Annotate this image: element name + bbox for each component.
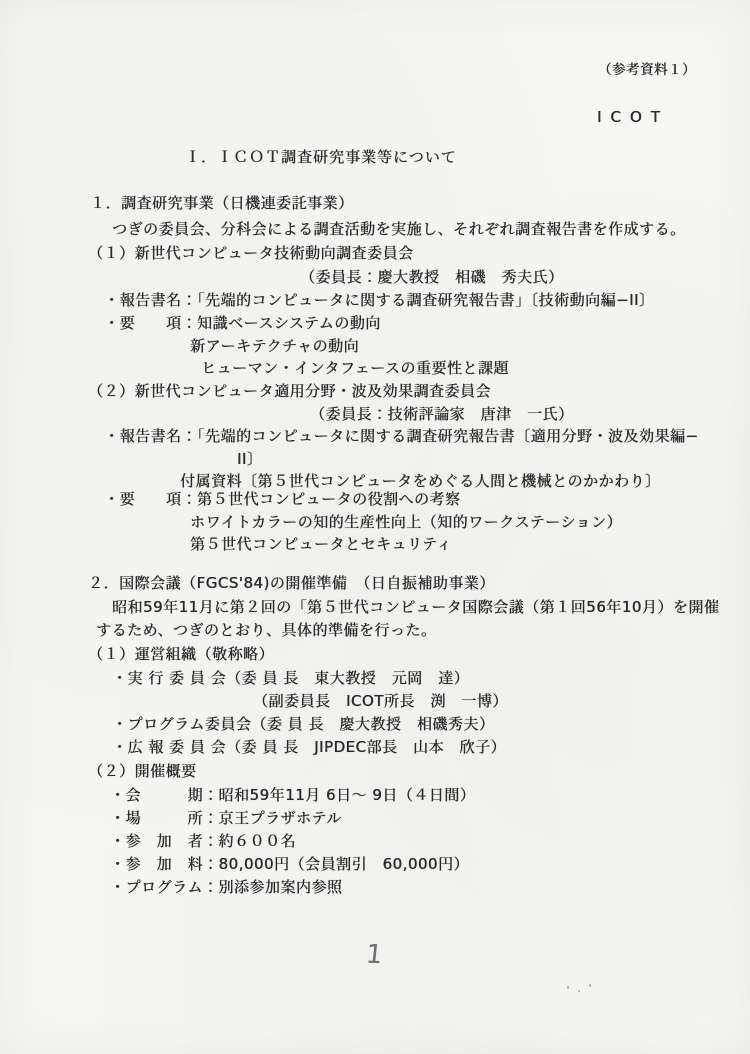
doc-line: ホワイトカラーの知的生産性向上（知的ワークステーション） bbox=[190, 515, 622, 530]
doc-line: つぎの委員会、分科会による調査活動を実施し、それぞれ調査報告書を作成する。 bbox=[112, 222, 686, 237]
doc-line: ・要 項：第５世代コンピュータの役割への考察 bbox=[104, 492, 461, 507]
section-2-heading: ２．国際会議（FGCS'84)の開催準備 （日自振補助事業） bbox=[88, 576, 495, 591]
doc-line: ・報告書名：「先端的コンピュータに関する調査研究報告書」〔技術動向編−II〕 bbox=[104, 293, 654, 308]
doc-line: ・報告書名：「先端的コンピュータに関する調査研究報告書〔適用分野・波及効果編− bbox=[104, 429, 699, 444]
scanned-document-page: （参考資料１） ICOT Ｉ．ＩＣＯＴ調査研究事業等について １．調査研究事業（… bbox=[0, 0, 750, 1054]
doc-line: ・参 加 者：約６００名 bbox=[110, 834, 296, 849]
subsection-2-1-heading: （１）運営組織（敬称略） bbox=[88, 647, 274, 662]
section-1-heading: １．調査研究事業（日機連委託事業） bbox=[90, 196, 354, 211]
reference-note: （参考資料１） bbox=[598, 64, 696, 78]
page-title: Ｉ．ＩＣＯＴ調査研究事業等について bbox=[185, 150, 457, 165]
doc-line: 新アーキテクチャの動向 bbox=[190, 339, 359, 354]
doc-line: ・広 報 委 員 会（委 員 長 JIPDEC部長 山本 欣子） bbox=[112, 740, 506, 755]
doc-line: ・プログラム：別添参加案内参照 bbox=[110, 880, 342, 895]
doc-line: ・場 所：京王プラザホテル bbox=[110, 811, 342, 826]
doc-line: 昭和59年11月に第２回の「第５世代コンピュータ国際会議（第１回56年10月）を… bbox=[112, 600, 719, 615]
doc-line: ・プログラム委員会（委 員 長 慶大教授 相磯秀夫） bbox=[112, 717, 494, 732]
doc-line: 第５世代コンピュータとセキュリティ bbox=[190, 537, 452, 552]
subsection-1-1-heading: （１）新世代コンピュータ技術動向調査委員会 bbox=[88, 246, 414, 261]
chairman-note: （委員長：技術評論家 唐津 一氏） bbox=[310, 407, 574, 422]
page-number: 1 bbox=[364, 940, 384, 970]
doc-line: ・実 行 委 員 会（委 員 長 東大教授 元岡 達） bbox=[112, 671, 469, 686]
doc-line: ・要 項：知識ベースシステムの動向 bbox=[104, 316, 381, 331]
org-label: ICOT bbox=[597, 110, 669, 125]
subsection-2-2-heading: （２）開催概要 bbox=[88, 764, 197, 779]
subsection-1-2-heading: （２）新世代コンピュータ適用分野・波及効果調査委員会 bbox=[88, 384, 491, 399]
scan-noise bbox=[578, 990, 580, 992]
doc-line: ・会 期：昭和59年11月 6日～ 9日（４日間） bbox=[110, 788, 475, 803]
chairman-note: （委員長：慶大教授 相磯 秀夫氏） bbox=[300, 270, 564, 285]
doc-line: ヒューマン・インタフェースの重要性と課題 bbox=[201, 361, 509, 376]
doc-line: II〕 bbox=[237, 452, 262, 467]
doc-line: するため、つぎのとおり、具体的準備を行った。 bbox=[96, 623, 436, 638]
scan-noise bbox=[567, 986, 569, 989]
doc-line: 付属資料〔第５世代コンピュータをめぐる人間と機械とのかかわり〕 bbox=[180, 474, 661, 489]
scan-noise bbox=[589, 984, 591, 987]
doc-line: ・参 加 料：80,000円（会員割引 60,000円） bbox=[110, 857, 469, 872]
doc-line: （副委員長 ICOT所長 渕 一博） bbox=[253, 694, 508, 709]
